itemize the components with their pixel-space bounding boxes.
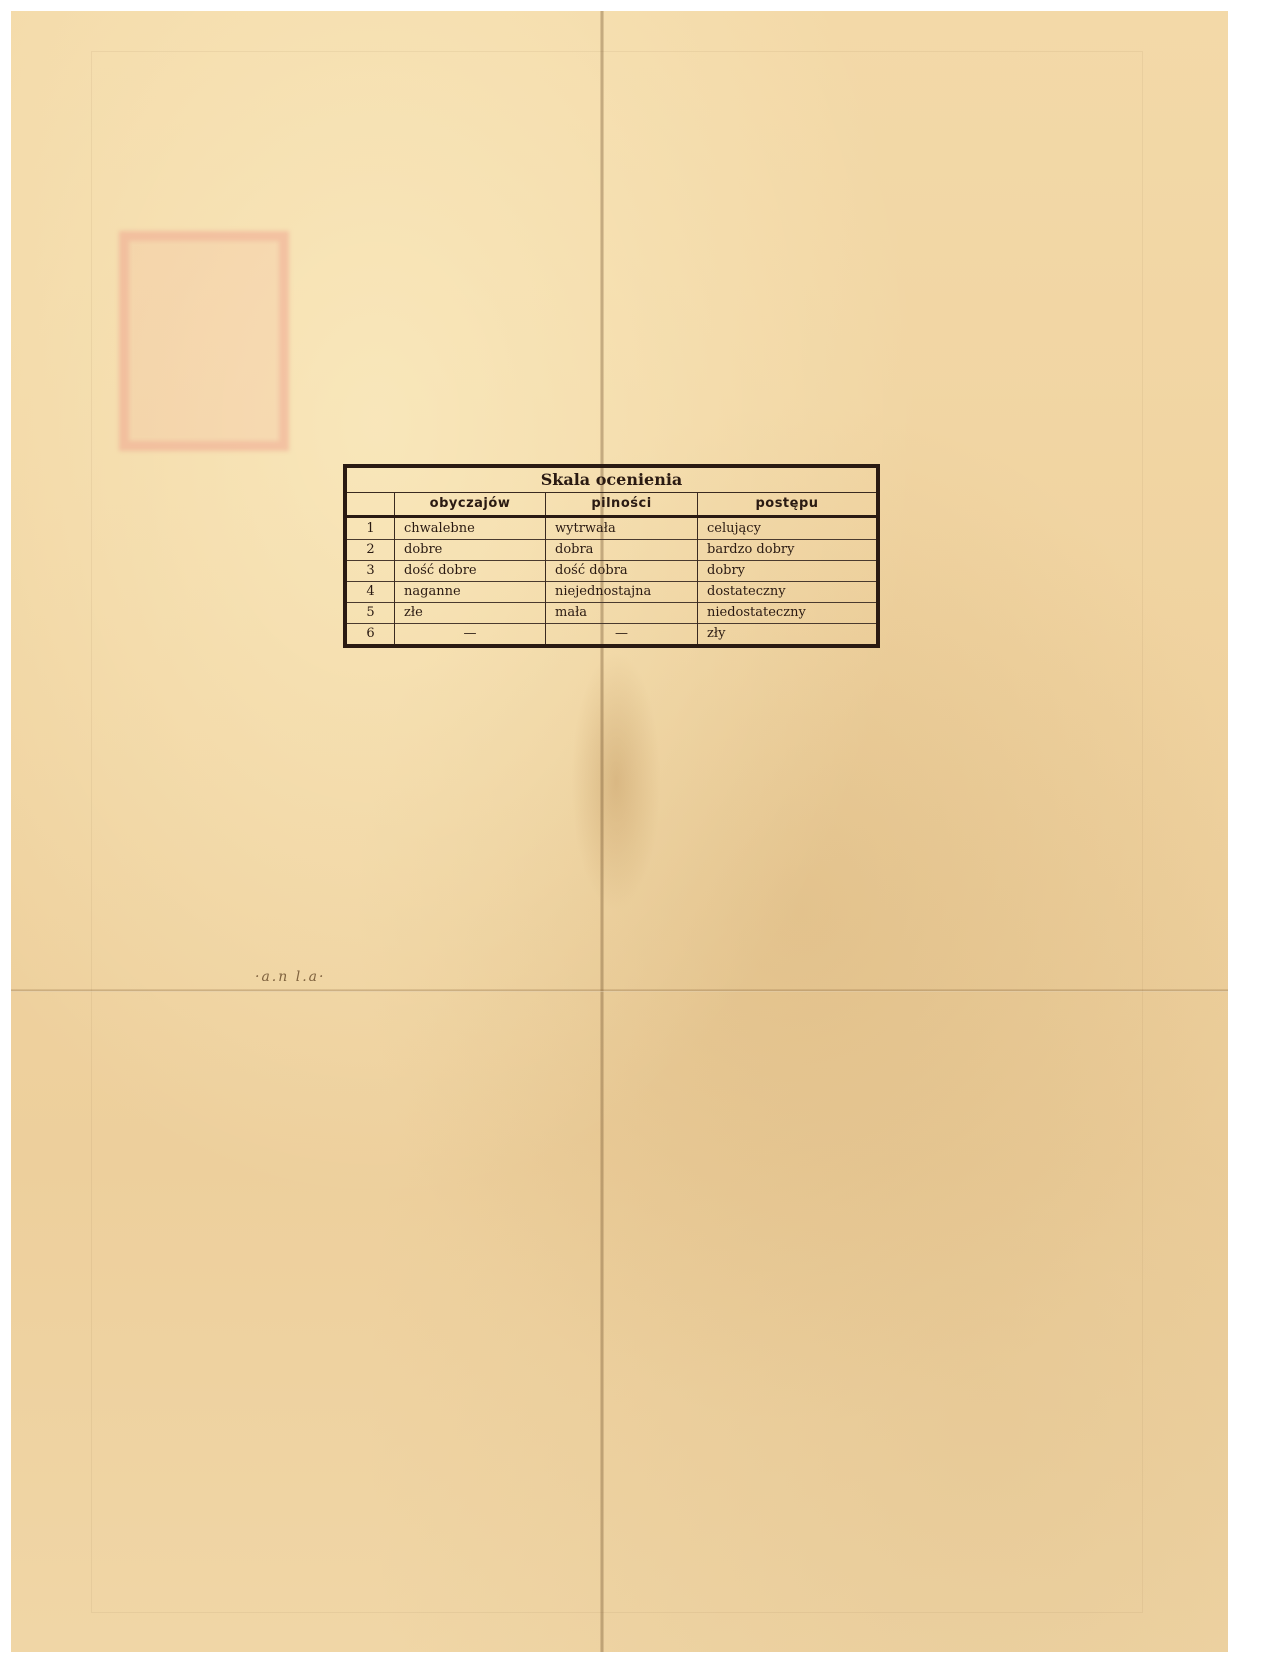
diligence-grade: wytrwała <box>545 518 697 540</box>
grading-scale-table: Skala ocenienia obyczajów pilności postę… <box>343 464 880 648</box>
handwritten-note: ·a.n l.a· <box>255 969 405 991</box>
fold-stain <box>571 651 661 911</box>
progress-grade: niedostateczny <box>697 602 876 624</box>
header-postepu: postępu <box>697 493 876 515</box>
conduct-grade: dość dobre <box>394 560 545 582</box>
progress-grade: celujący <box>697 518 876 540</box>
grade-number: 6 <box>347 623 394 644</box>
diligence-grade: niejednostajna <box>545 581 697 603</box>
diligence-grade: dość dobra <box>545 560 697 582</box>
table-row: 5 złe mała niedostateczny <box>347 602 876 623</box>
table-row: 3 dość dobre dość dobra dobry <box>347 560 876 581</box>
diligence-grade: — <box>545 623 697 644</box>
grade-number: 5 <box>347 602 394 624</box>
diligence-grade: mała <box>545 602 697 624</box>
grade-number: 1 <box>347 518 394 540</box>
paper-sheet: ·a.n l.a· Skala ocenienia obyczajów piln… <box>11 11 1228 1652</box>
table-row: 4 naganne niejednostajna dostateczny <box>347 581 876 602</box>
progress-grade: dostateczny <box>697 581 876 603</box>
grade-number: 4 <box>347 581 394 603</box>
header-obyczajow: obyczajów <box>394 493 545 515</box>
conduct-grade: dobre <box>394 539 545 561</box>
progress-grade: dobry <box>697 560 876 582</box>
table-row: 6 — — zły <box>347 623 876 644</box>
conduct-grade: — <box>394 623 545 644</box>
conduct-grade: chwalebne <box>394 518 545 540</box>
table-row: 1 chwalebne wytrwała celujący <box>347 518 876 539</box>
grade-number: 3 <box>347 560 394 582</box>
red-stamp-bleed <box>119 231 289 451</box>
grading-scale-title: Skala ocenienia <box>347 468 876 493</box>
table-row: 2 dobre dobra bardzo dobry <box>347 539 876 560</box>
conduct-grade: złe <box>394 602 545 624</box>
progress-grade: bardzo dobry <box>697 539 876 561</box>
grading-scale-header: obyczajów pilności postępu <box>347 493 876 518</box>
vertical-fold <box>600 11 604 1652</box>
progress-grade: zły <box>697 623 876 644</box>
grade-number: 2 <box>347 539 394 561</box>
header-pilnosci: pilności <box>545 493 697 515</box>
conduct-grade: naganne <box>394 581 545 603</box>
horizontal-fold <box>11 989 1228 992</box>
header-grade <box>347 493 394 515</box>
diligence-grade: dobra <box>545 539 697 561</box>
